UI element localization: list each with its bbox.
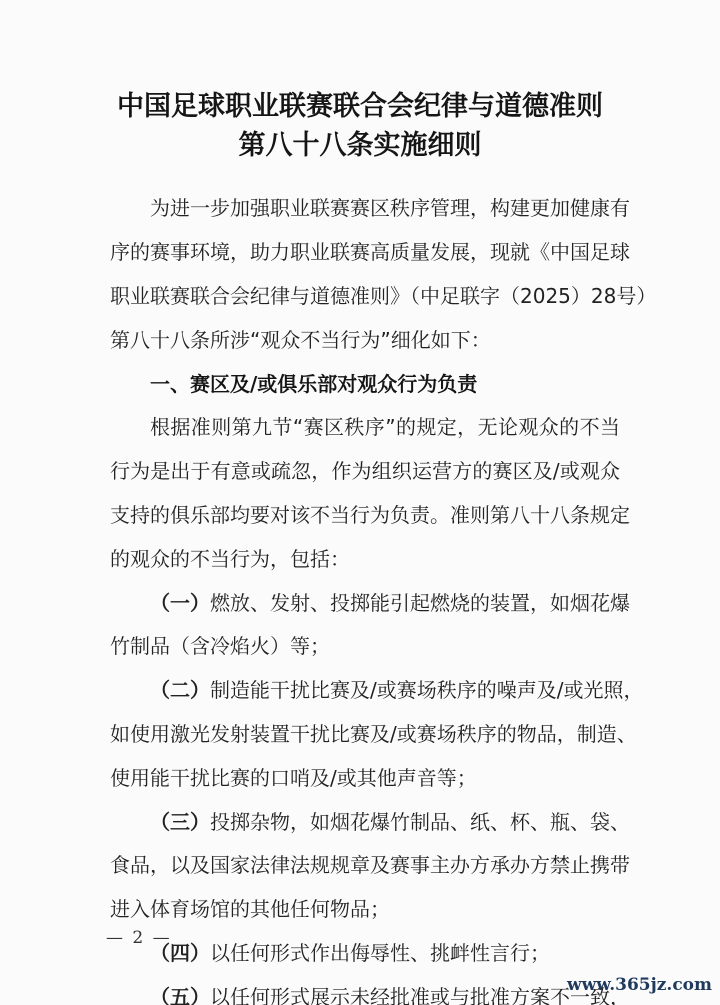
page-number: — 2 — (106, 928, 172, 948)
intro-line-3: 职业联赛联合会纪律与道德准则》（中足联字（2025）28号） (110, 284, 620, 308)
section-1-line-1: 根据准则第九节“赛区秩序”的规定，无论观众的不当 (150, 415, 620, 439)
intro-line-2: 序的赛事环境，助力职业联赛高质量发展，现就《中国足球 (110, 240, 620, 264)
section-1-line-3: 支持的俱乐部均要对该不当行为负责。准则第八十八条规定 (110, 503, 620, 527)
list-item-5-marker: （五） (150, 985, 210, 1005)
list-item-2-marker: （二） (150, 678, 210, 702)
list-item-2-text: 制造能干扰比赛及/或赛场秩序的噪声及/或光照， (210, 678, 643, 702)
intro-line-1: 为进一步加强职业联赛赛区秩序管理，构建更加健康有 (150, 196, 620, 220)
list-item-3-line-1: （三）投掷杂物，如烟花爆竹制品、纸、杯、瓶、袋、 (150, 810, 620, 834)
document-title-line-1: 中国足球职业联赛联合会纪律与道德准则 (0, 84, 720, 123)
section-1-line-4: 的观众的不当行为，包括： (110, 547, 620, 571)
list-item-1-line-1: （一）燃放、发射、投掷能引起燃烧的装置，如烟花爆 (150, 591, 620, 615)
document-page: 中国足球职业联赛联合会纪律与道德准则 第八十八条实施细则 为进一步加强职业联赛赛… (0, 0, 720, 1005)
watermark: www.365jz.com (567, 975, 712, 995)
list-item-2-line-1: （二）制造能干扰比赛及/或赛场秩序的噪声及/或光照， (150, 678, 620, 702)
list-item-5-line-1: （五）以任何形式展示未经批准或与批准方案不一致， (150, 985, 620, 1005)
section-1-heading: 一、赛区及/或俱乐部对观众行为负责 (150, 372, 620, 396)
list-item-3-line-3: 进入体育场馆的其他任何物品； (110, 897, 620, 921)
list-item-3-line-2: 食品，以及国家法律法规规章及赛事主办方承办方禁止携带 (110, 853, 620, 877)
list-item-1-line-2: 竹制品（含冷焰火）等； (110, 634, 620, 658)
list-item-2-line-3: 使用能干扰比赛的口哨及/或其他声音等； (110, 766, 620, 790)
intro-line-4: 第八十八条所涉“观众不当行为”细化如下： (110, 328, 620, 352)
list-item-2-line-2: 如使用激光发射装置干扰比赛及/或赛场秩序的物品，制造、 (110, 722, 620, 746)
list-item-1-marker: （一） (150, 591, 210, 615)
document-title-line-2: 第八十八条实施细则 (0, 123, 720, 162)
list-item-1-text: 燃放、发射、投掷能引起燃烧的装置，如烟花爆 (210, 591, 630, 615)
list-item-3-marker: （三） (150, 810, 210, 834)
list-item-3-text: 投掷杂物，如烟花爆竹制品、纸、杯、瓶、袋、 (210, 810, 630, 834)
list-item-4-text: 以任何形式作出侮辱性、挑衅性言行； (210, 941, 550, 965)
list-item-4-line-1: （四）以任何形式作出侮辱性、挑衅性言行； (150, 941, 620, 965)
section-1-line-2: 行为是出于有意或疏忽，作为组织运营方的赛区及/或观众 (110, 459, 620, 483)
